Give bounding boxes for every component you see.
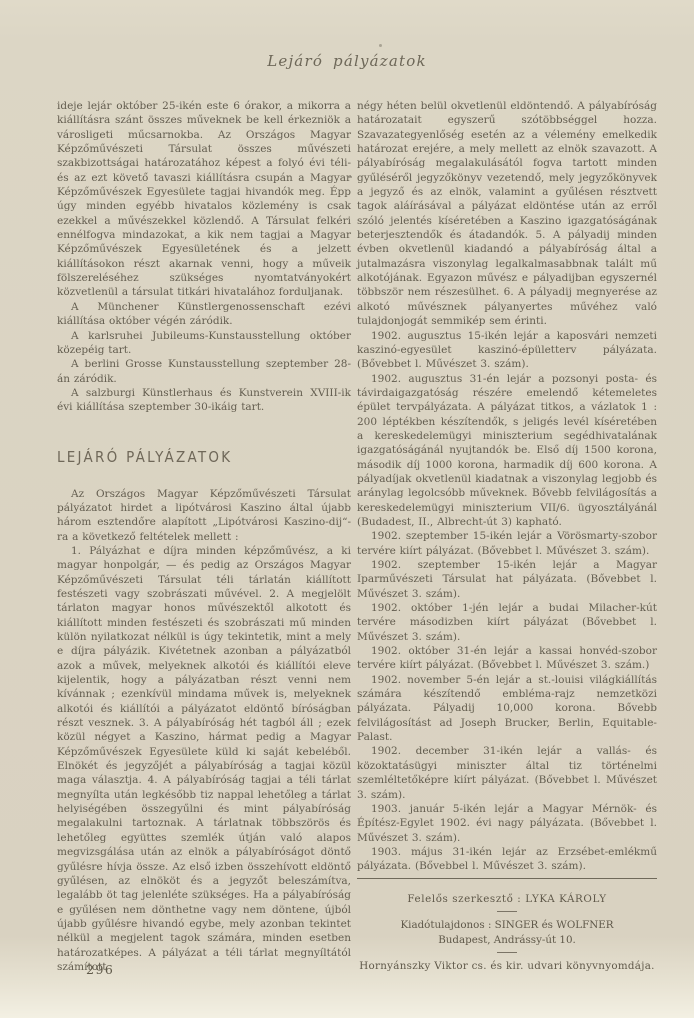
deadline-paragraph: 1902. szeptember 15-ikén lejár a Magyar … xyxy=(357,558,657,601)
publisher-line: Kiadótulajdonos : SINGER és WOLFNER xyxy=(357,919,657,932)
notice-paragraph: A salzburgi Künstlerhaus és Kunstverein … xyxy=(57,386,351,415)
paragraph-continuation: ideje lejár október 25-ikén este 6 órako… xyxy=(57,99,351,300)
notice-paragraph: A Münchener Künstlergenossenschaft ezévi… xyxy=(57,300,351,329)
deadline-paragraph: 1902. szeptember 15-ikén lejár a Vörösma… xyxy=(357,529,657,558)
conditions-paragraph: 1. Pályázhat e díjra minden képzőművész,… xyxy=(57,544,351,974)
scanned-journal-page: Lejáró pályázatok ideje lejár október 25… xyxy=(0,0,694,1018)
deadline-paragraph: 1903. január 5-ikén lejár a Magyar Mérnö… xyxy=(357,802,657,845)
editor-line: Felelős szerkesztő : LYKA KÁROLY xyxy=(357,893,657,906)
deadline-list: 1902. augusztus 15-ikén lejár a kaposvár… xyxy=(357,329,657,874)
notice-paragraph: A berlini Grosse Kunstausstellung szepte… xyxy=(57,357,351,386)
scan-speck xyxy=(347,176,352,178)
section-heading: LEJÁRÓ PÁLYÁZATOK xyxy=(57,448,322,466)
intro-paragraph: Az Országos Magyar Képzőművészeti Társul… xyxy=(57,487,351,544)
deadline-paragraph: 1902. október 1-jén lejár a budai Milach… xyxy=(357,601,657,644)
deadline-paragraph: 1902. augusztus 31-én lejár a pozsonyi p… xyxy=(357,372,657,530)
right-column: négy héten belül okvetlenül eldöntendő. … xyxy=(357,99,657,874)
deadline-paragraph: 1902. augusztus 15-ikén lejár a kaposvár… xyxy=(357,329,657,372)
imprint-footer: Felelős szerkesztő : LYKA KÁROLY Kiadótu… xyxy=(357,878,657,973)
mini-divider-rule xyxy=(497,911,517,912)
deadline-paragraph: 1902. december 31-ikén lejár a vallás- é… xyxy=(357,744,657,801)
paragraph-continuation: négy héten belül okvetlenül eldöntendő. … xyxy=(357,99,657,329)
scan-speck xyxy=(222,452,228,454)
notice-paragraph: A karlsruhei Jubileums-Kunstausstellung … xyxy=(57,329,351,358)
deadline-paragraph: 1902. október 31-én lejár a kassai honvé… xyxy=(357,644,657,673)
mini-divider-rule xyxy=(497,952,517,953)
deadline-paragraph: 1903. május 31-ikén lejár az Erzsébet-em… xyxy=(357,845,657,874)
printer-line: Hornyánszky Viktor cs. és kir. udvari kö… xyxy=(357,960,657,973)
left-column: ideje lejár október 25-ikén este 6 órako… xyxy=(57,99,351,974)
page-number: 296 xyxy=(86,962,114,977)
exhibition-notice-list: A Münchener Künstlergenossenschaft ezévi… xyxy=(57,300,351,415)
publisher-address: Budapest, Andrássy-út 10. xyxy=(357,934,657,947)
deadline-paragraph: 1902. november 5-én lejár a st.-louisi v… xyxy=(357,673,657,745)
footer-divider-rule xyxy=(357,878,657,879)
scan-speck xyxy=(379,44,382,47)
running-header: Lejáró pályázatok xyxy=(0,52,694,70)
